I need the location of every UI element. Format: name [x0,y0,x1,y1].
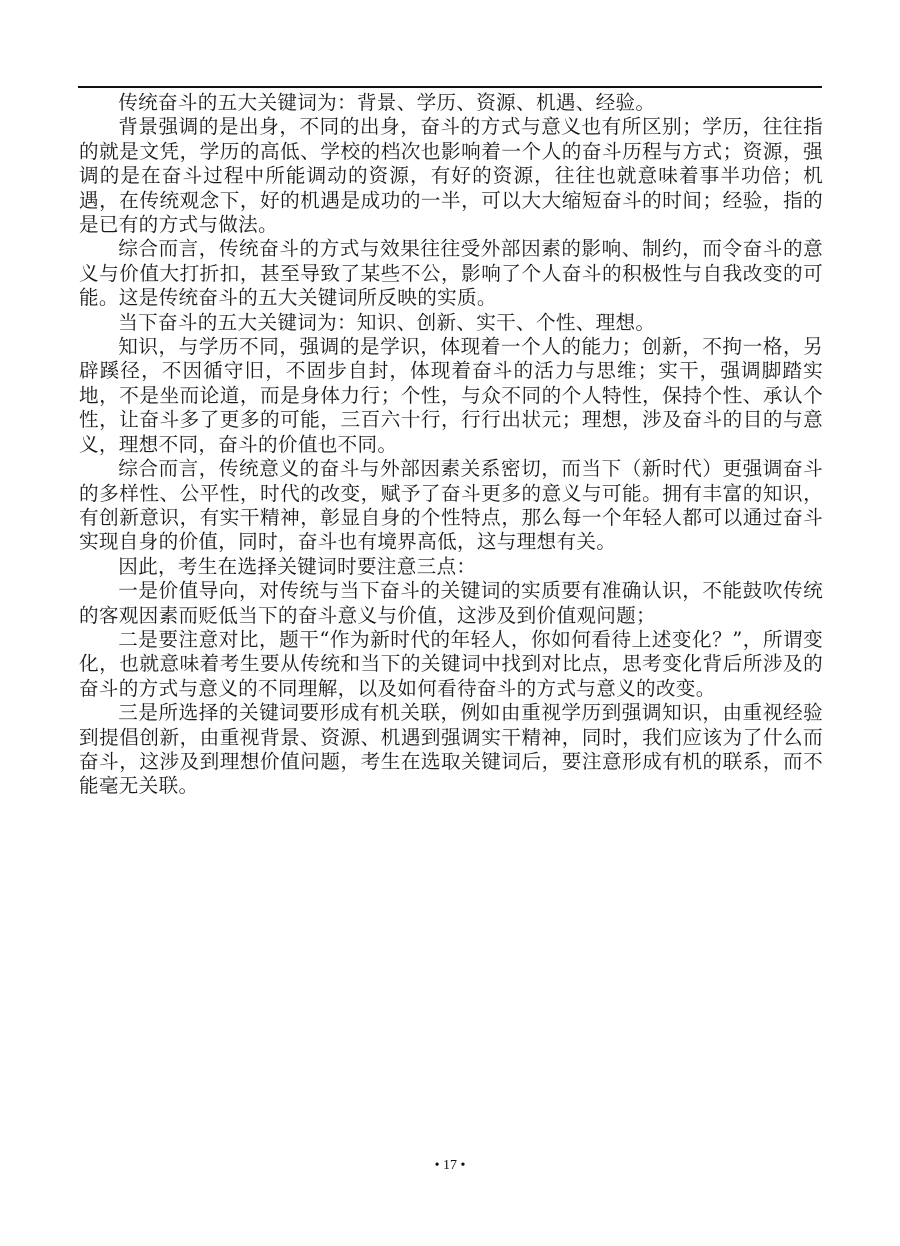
document-page: 传统奋斗的五大关键词为：背景、学历、资源、机遇、经验。 背景强调的是出身，不同的… [0,0,900,1246]
paragraph-point-two: 二是要注意对比，题干“作为新时代的年轻人，你如何看待上述变化？”，所谓变化，也就… [79,628,823,701]
header-rule [78,86,822,88]
paragraph-three-points-intro: 因此，考生在选择关键词时要注意三点： [79,555,823,579]
paragraph-comparison-summary: 综合而言，传统意义的奋斗与外部因素关系密切，而当下（新时代）更强调奋斗的多样性、… [79,457,823,555]
paragraph-current-keywords: 当下奋斗的五大关键词为：知识、创新、实干、个性、理想。 [79,311,823,335]
paragraph-point-one: 一是价值导向，对传统与当下奋斗的关键词的实质要有准确认识，不能鼓吹传统的客观因素… [79,579,823,628]
paragraph-current-explanation: 知识，与学历不同，强调的是学识，体现着一个人的能力；创新，不拘一格，另辟蹊径，不… [79,335,823,457]
paragraph-point-three: 三是所选择的关键词要形成有机关联，例如由重视学历到强调知识，由重视经验到提倡创新… [79,701,823,799]
paragraph-traditional-keywords: 传统奋斗的五大关键词为：背景、学历、资源、机遇、经验。 [79,91,823,115]
paragraph-traditional-explanation: 背景强调的是出身，不同的出身，奋斗的方式与意义也有所区别；学历，往往指的就是文凭… [79,115,823,237]
paragraph-traditional-summary: 综合而言，传统奋斗的方式与效果往往受外部因素的影响、制约，而令奋斗的意义与价值大… [79,237,823,310]
document-body: 传统奋斗的五大关键词为：背景、学历、资源、机遇、经验。 背景强调的是出身，不同的… [79,91,823,799]
page-number: • 17 • [0,1158,900,1174]
